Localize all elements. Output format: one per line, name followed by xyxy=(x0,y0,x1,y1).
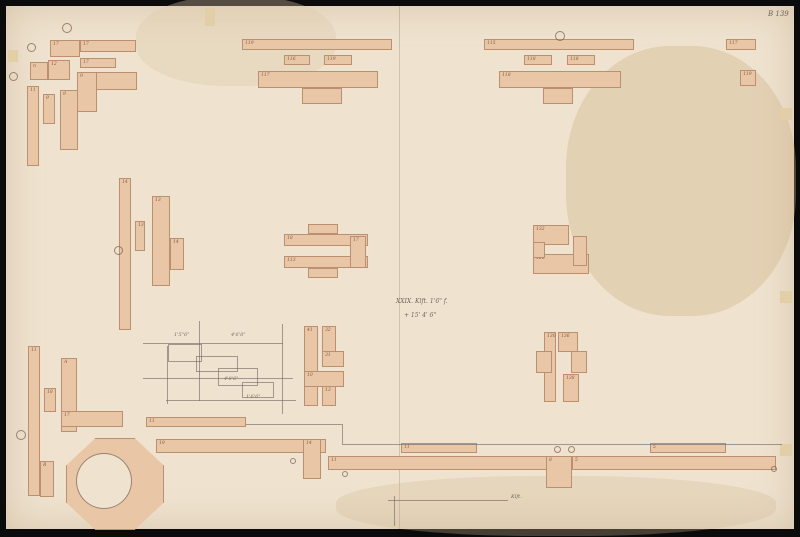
pier-block xyxy=(571,351,587,373)
tower-circle xyxy=(114,246,123,255)
room-block: 17 xyxy=(61,411,123,427)
tower-circle xyxy=(62,23,72,33)
pier-block xyxy=(533,242,545,258)
room-block: 116 xyxy=(284,55,310,65)
tower-circle xyxy=(9,72,18,81)
well-circle xyxy=(568,446,575,453)
room-block: 117 xyxy=(258,71,378,88)
tower-circle xyxy=(27,43,36,52)
room-block: 117 xyxy=(726,39,756,50)
pier-block: 41 xyxy=(304,326,318,406)
annotation-main: XXIX. Klft. 1'6" f. xyxy=(396,298,448,305)
room-block: 119 xyxy=(740,70,756,86)
pier-block: 31 xyxy=(322,351,344,367)
corridor-strip: 14 xyxy=(303,439,321,479)
well-circle xyxy=(342,471,348,477)
pier-block: 17 xyxy=(350,236,366,268)
pier-block: 138 xyxy=(563,374,579,402)
dimension-label: 1'5"6" xyxy=(174,332,190,338)
center-fold xyxy=(399,6,400,529)
outline-line xyxy=(246,424,342,425)
tape-tab xyxy=(205,8,215,26)
room-block: 119 xyxy=(242,39,392,50)
pier-block xyxy=(573,236,587,266)
room-block: 9 xyxy=(43,94,55,124)
outline-line xyxy=(342,444,782,445)
room-block: 11 xyxy=(27,86,39,166)
detail-line xyxy=(166,400,296,401)
pier-block xyxy=(536,351,552,373)
room-block: R xyxy=(40,461,54,497)
outline-line xyxy=(342,424,343,444)
tower-circle xyxy=(555,31,565,41)
dimension-label: 4'8'6" xyxy=(224,376,239,382)
room-block: 9 xyxy=(77,72,97,112)
room-block: 17 xyxy=(80,40,136,52)
room-block: 12 xyxy=(48,60,70,80)
room-block: 119 xyxy=(324,55,352,65)
corridor-strip: 8 xyxy=(546,456,572,488)
room-block: 118 xyxy=(499,71,621,88)
tower-circle xyxy=(16,430,26,440)
room-block: 9 xyxy=(60,90,78,150)
dimension-label: 1'6'6" xyxy=(246,394,261,400)
dimension-label: 4'6'8" xyxy=(231,332,246,338)
room-block: 17 xyxy=(50,40,80,57)
detail-line xyxy=(282,324,283,414)
room-block: 11 xyxy=(28,346,40,496)
room-block: 13 xyxy=(135,221,145,251)
scale-label: Klft. xyxy=(511,494,522,500)
pier-block xyxy=(308,224,338,234)
tape-tab xyxy=(8,50,18,62)
room-block: 14 xyxy=(170,238,184,270)
pier-block: 10 xyxy=(304,371,344,387)
corridor-strip: 19 xyxy=(156,439,326,453)
catalog-mark: B 139 xyxy=(768,10,789,18)
tape-tab xyxy=(780,108,792,120)
well-circle xyxy=(554,446,561,453)
detail-line xyxy=(143,343,283,344)
well-circle xyxy=(290,458,296,464)
room-block: 118 xyxy=(524,55,552,65)
well-circle xyxy=(771,466,777,472)
tape-tab xyxy=(780,444,792,456)
room-block: 18 xyxy=(44,388,56,412)
scale-bar-tick xyxy=(394,496,395,526)
plan-sheet: B 139 17 17 n 12 17 17 11 9 9 9 119 116 … xyxy=(6,6,794,529)
corridor-strip: 11 xyxy=(328,456,548,470)
room-block xyxy=(543,88,573,104)
stair-well xyxy=(76,453,132,509)
room-block: 13 xyxy=(152,196,170,286)
annotation-sub: + 15' 4' 6" xyxy=(404,312,436,319)
room-block xyxy=(302,88,342,104)
corridor-strip: 11 xyxy=(146,417,246,427)
tape-tab xyxy=(780,291,792,303)
pier-block: 13 xyxy=(322,386,336,406)
scale-bar xyxy=(388,500,508,501)
corridor-strip: 5 xyxy=(572,456,776,470)
pier-block: 136 xyxy=(558,332,578,352)
room-block: n xyxy=(30,62,48,80)
room-block: 118 xyxy=(567,55,595,65)
pier-block xyxy=(308,268,338,278)
room-block: 17 xyxy=(80,58,116,68)
